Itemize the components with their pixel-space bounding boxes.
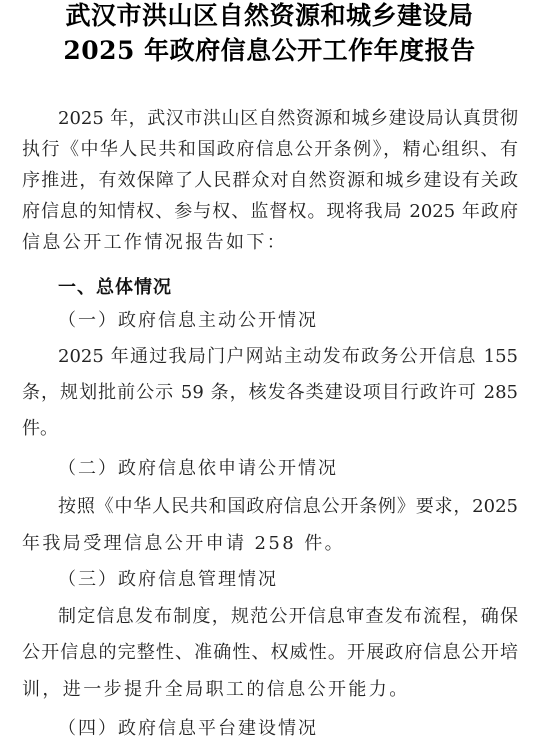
proactive-line-1: 2025 年通过我局门户网站主动发布政务公开信息 155 (58, 345, 518, 369)
management-line-1: 制定信息发布制度，规范公开信息审查发布流程，确保 (58, 605, 518, 629)
document-page: 武汉市洪山区自然资源和城乡建设局 2025 年政府信息公开工作年度报告 2025… (0, 0, 539, 749)
request-line-1: 按照《中华人民共和国政府信息公开条例》要求，2025 (58, 495, 518, 519)
proactive-line-3: 件。 (22, 417, 518, 441)
subsection-heading-proactive-disclosure: （一）政府信息主动公开情况 (58, 309, 518, 333)
document-title-line-1: 武汉市洪山区自然资源和城乡建设局 (0, 1, 539, 31)
proactive-line-2: 条，规划批前公示 59 条，核发各类建设项目行政许可 285 (22, 381, 518, 405)
management-line-3: 训，进一步提升全局职工的信息公开能力。 (22, 678, 518, 702)
request-line-2: 年我局受理信息公开申请 258 件。 (22, 532, 518, 556)
intro-line-3: 序推进，有效保障了人民群众对自然资源和城乡建设有关政 (22, 169, 518, 193)
subsection-heading-request-disclosure: （二）政府信息依申请公开情况 (58, 457, 518, 481)
intro-line-4: 府信息的知情权、参与权、监督权。现将我局 2025 年政府 (22, 200, 518, 224)
management-line-2: 公开信息的完整性、准确性、权威性。开展政府信息公开培 (22, 641, 518, 665)
intro-line-5: 信息公开工作情况报告如下： (22, 231, 518, 255)
document-title-line-2: 2025 年政府信息公开工作年度报告 (0, 36, 539, 66)
intro-line-1: 2025 年，武汉市洪山区自然资源和城乡建设局认真贯彻 (58, 107, 518, 131)
intro-line-2: 执行《中华人民共和国政府信息公开条例》，精心组织、有 (22, 138, 518, 162)
section-heading-overview: 一、总体情况 (58, 276, 518, 300)
subsection-heading-platform-construction: （四）政府信息平台建设情况 (58, 717, 518, 741)
subsection-heading-information-management: （三）政府信息管理情况 (58, 568, 518, 592)
